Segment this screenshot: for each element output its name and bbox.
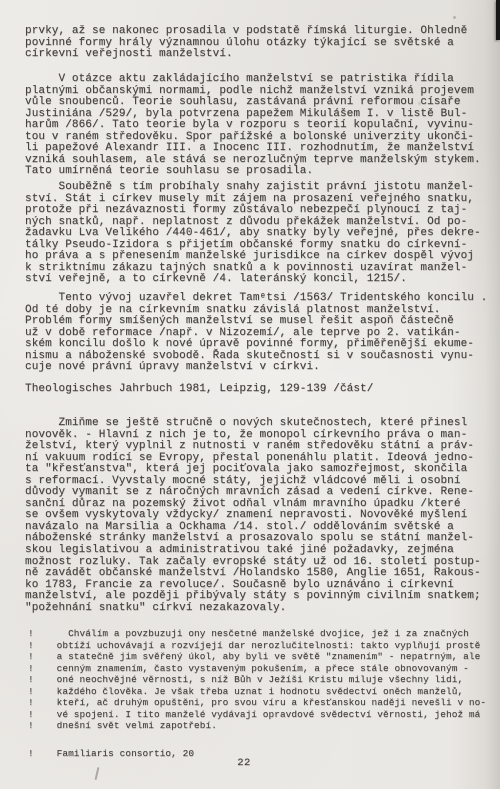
paragraph-liturgy-conclusion: prvky, až se nakonec prosadila v podstat… (25, 26, 467, 61)
scan-edge-artifact (496, 0, 500, 40)
papal-quote-block: ! Chválím a povzbuzuji ony nesčetné manž… (28, 628, 486, 732)
paragraph-modern-era: Zmiňme se ještě stručně o nových skutečn… (25, 418, 481, 614)
paragraph-tametsi-decree: Tento vývoj uzavřel dekret Tamᵉtsi /1563… (25, 293, 487, 374)
paragraph-consent-theory: V otázce aktu zakládajícího manželství s… (25, 74, 481, 178)
paragraph-legal-certainty: Souběžně s tím probíhaly snahy zajistit … (25, 182, 481, 286)
page-number: 22 (0, 757, 488, 769)
scan-speck-artifact (453, 16, 456, 19)
scanned-document-page: prvky, až se nakonec prosadila v podstat… (0, 0, 500, 789)
journal-reference: Theologisches Jahrbuch 1981, Leipzig, 12… (25, 384, 373, 396)
